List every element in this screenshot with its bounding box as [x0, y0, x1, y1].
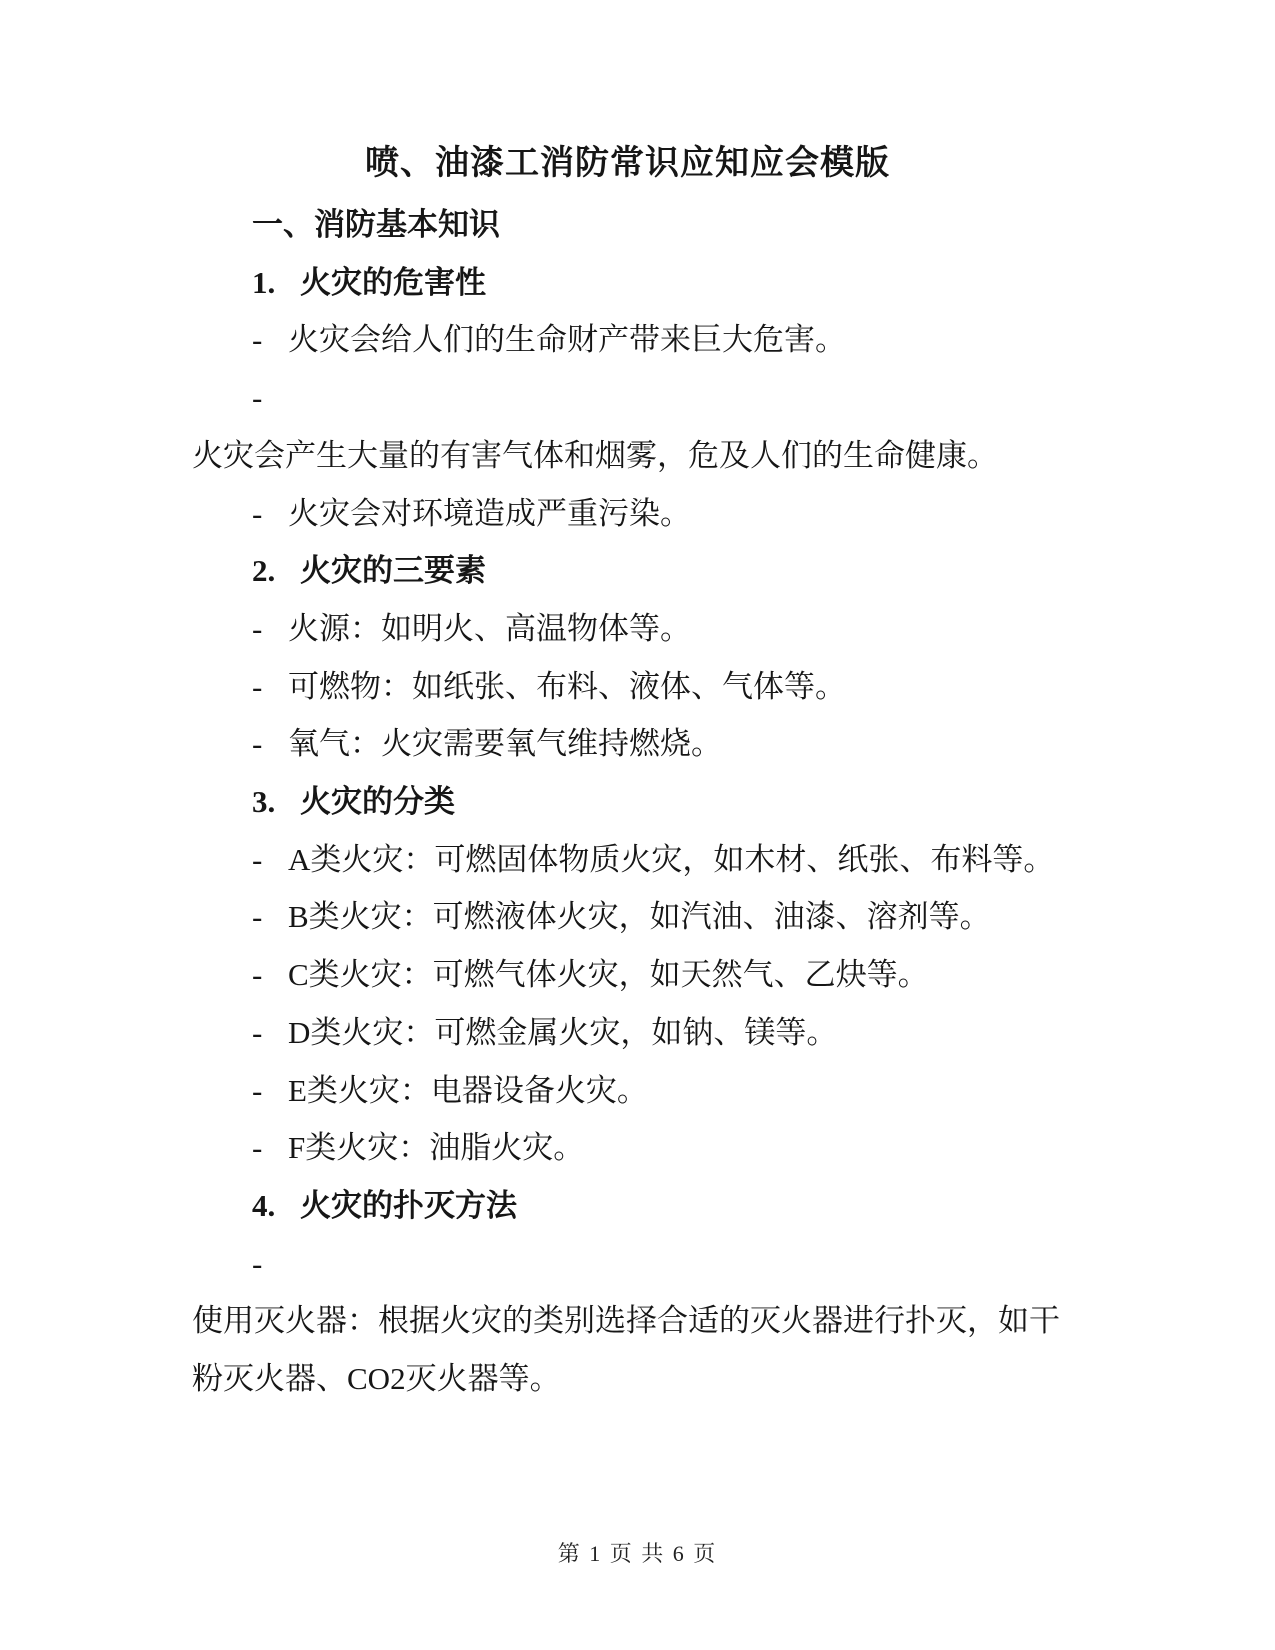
- heading-number: 2.: [252, 542, 300, 600]
- paragraph-line: 粉灭火器、CO2灭火器等。: [192, 1350, 1063, 1408]
- dash-bullet: -: [252, 831, 288, 889]
- heading-text: 火灾的分类: [300, 784, 455, 819]
- list-item-text: C类火灾：可燃气体火灾，如天然气、乙炔等。: [288, 957, 929, 992]
- subsection-heading-4: 4.火灾的扑灭方法: [192, 1177, 1063, 1235]
- subsection-heading-3: 3.火灾的分类: [192, 773, 1063, 831]
- heading-text: 火灾的扑灭方法: [300, 1188, 517, 1223]
- dash-bullet: -: [252, 1004, 288, 1062]
- dash-bullet: -: [252, 1119, 288, 1177]
- list-item: -B类火灾：可燃液体火灾，如汽油、油漆、溶剂等。: [192, 888, 1063, 946]
- dash-bullet: -: [252, 1235, 288, 1293]
- heading-text: 火灾的三要素: [300, 553, 486, 588]
- dash-bullet: -: [252, 1062, 288, 1120]
- document-body: 喷、油漆工消防常识应知应会模版 一、消防基本知识 1.火灾的危害性 -火灾会给人…: [192, 132, 1063, 1408]
- paragraph-line: 火灾会产生大量的有害气体和烟雾，危及人们的生命健康。: [192, 427, 1063, 485]
- subsection-heading-1: 1.火灾的危害性: [192, 254, 1063, 312]
- dash-bullet: -: [252, 888, 288, 946]
- section-heading: 一、消防基本知识: [192, 196, 1063, 254]
- list-item: -F类火灾：油脂火灾。: [192, 1119, 1063, 1177]
- document-page: 喷、油漆工消防常识应知应会模版 一、消防基本知识 1.火灾的危害性 -火灾会给人…: [0, 0, 1275, 1650]
- list-item-text: 火源：如明火、高温物体等。: [288, 611, 691, 646]
- list-item-text: D类火灾：可燃金属火灾，如钠、镁等。: [288, 1015, 837, 1050]
- dash-bullet: -: [252, 715, 288, 773]
- list-item-text: E类火灾：电器设备火灾。: [288, 1073, 648, 1108]
- doc-title: 喷、油漆工消防常识应知应会模版: [192, 132, 1063, 196]
- list-item: -火灾会对环境造成严重污染。: [192, 485, 1063, 543]
- list-item: -可燃物：如纸张、布料、液体、气体等。: [192, 658, 1063, 716]
- list-item-text: 可燃物：如纸张、布料、液体、气体等。: [288, 669, 846, 704]
- paragraph-line: 使用灭火器：根据火灾的类别选择合适的灭火器进行扑灭，如干: [192, 1292, 1063, 1350]
- heading-number: 1.: [252, 254, 300, 312]
- list-item-text: F类火灾：油脂火灾。: [288, 1130, 584, 1165]
- list-item-text: A类火灾：可燃固体物质火灾，如木材、纸张、布料等。: [288, 842, 1054, 877]
- list-item: -火灾会给人们的生命财产带来巨大危害。: [192, 311, 1063, 369]
- list-item-text: B类火灾：可燃液体火灾，如汽油、油漆、溶剂等。: [288, 899, 991, 934]
- list-item: -C类火灾：可燃气体火灾，如天然气、乙炔等。: [192, 946, 1063, 1004]
- list-item-text: 火灾会对环境造成严重污染。: [288, 496, 691, 531]
- dash-only-line: -: [192, 1235, 1063, 1293]
- list-item: -火源：如明火、高温物体等。: [192, 600, 1063, 658]
- dash-bullet: -: [252, 311, 288, 369]
- list-item: -D类火灾：可燃金属火灾，如钠、镁等。: [192, 1004, 1063, 1062]
- heading-number: 4.: [252, 1177, 300, 1235]
- list-item-text: 火灾会给人们的生命财产带来巨大危害。: [288, 322, 846, 357]
- dash-bullet: -: [252, 369, 288, 427]
- heading-number: 3.: [252, 773, 300, 831]
- list-item-text: 氧气：火灾需要氧气维持燃烧。: [288, 726, 722, 761]
- list-item: -E类火灾：电器设备火灾。: [192, 1062, 1063, 1120]
- dash-bullet: -: [252, 946, 288, 1004]
- page-footer: 第 1 页 共 6 页: [0, 1540, 1275, 1568]
- subsection-heading-2: 2.火灾的三要素: [192, 542, 1063, 600]
- list-item: -A类火灾：可燃固体物质火灾，如木材、纸张、布料等。: [192, 831, 1063, 889]
- list-item: -氧气：火灾需要氧气维持燃烧。: [192, 715, 1063, 773]
- dash-only-line: -: [192, 369, 1063, 427]
- dash-bullet: -: [252, 600, 288, 658]
- dash-bullet: -: [252, 658, 288, 716]
- dash-bullet: -: [252, 485, 288, 543]
- heading-text: 火灾的危害性: [300, 265, 486, 300]
